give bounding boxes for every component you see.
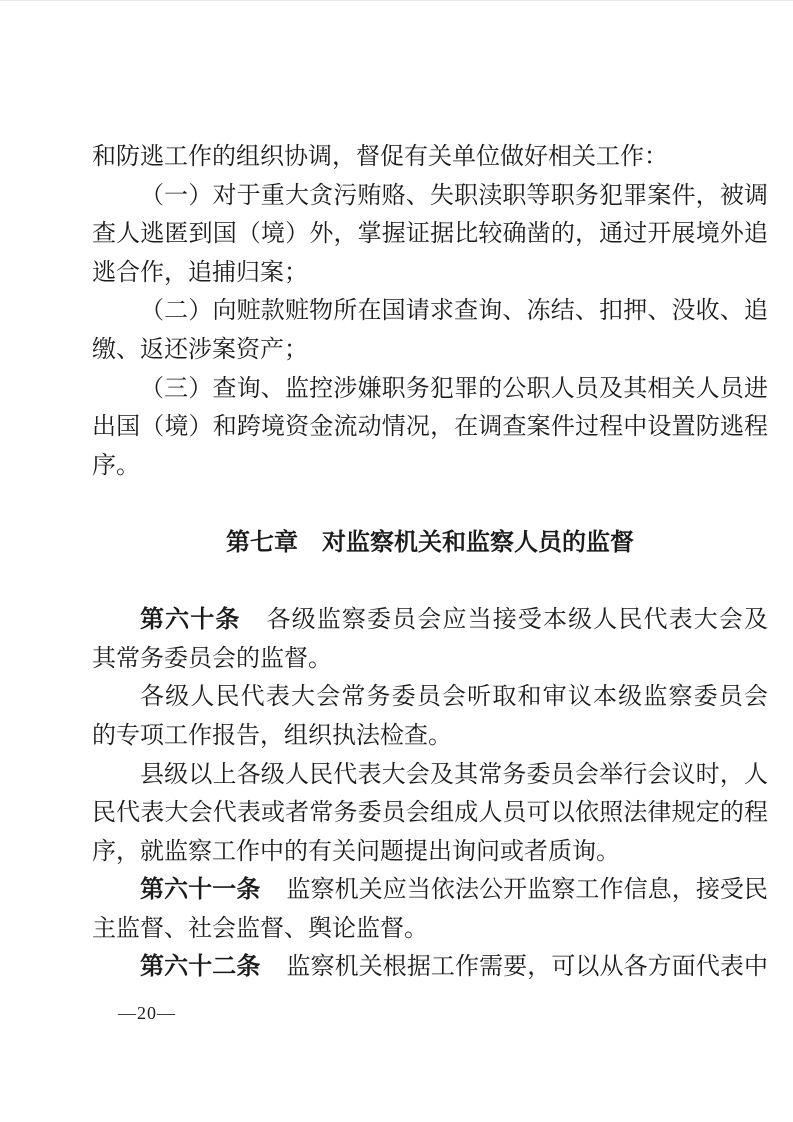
- text-line: 主监督、社会监督、舆论监督。: [92, 910, 768, 949]
- text-line: 和防逃工作的组织协调，督促有关单位做好相关工作：: [92, 138, 768, 177]
- text-line: （二）向赃款赃物所在国请求查询、冻结、扣押、没收、追: [92, 292, 768, 331]
- text-line: 查人逃匿到国（境）外，掌握证据比较确凿的，通过开展境外追: [92, 215, 768, 254]
- document-page: 和防逃工作的组织协调，督促有关单位做好相关工作： （一）对于重大贪污贿赂、失职渎…: [0, 0, 793, 1122]
- article-text: 监察机关根据工作需要，可以从各方面代表中: [286, 954, 768, 980]
- text-line: 其常务委员会的监督。: [92, 640, 768, 679]
- article-number: 第六十条: [140, 606, 241, 633]
- article-number: 第六十二条: [140, 953, 260, 980]
- text-line: 序。: [92, 447, 768, 486]
- document-body: 和防逃工作的组织协调，督促有关单位做好相关工作： （一）对于重大贪污贿赂、失职渎…: [92, 138, 768, 987]
- text-line: 第六十条各级监察委员会应当接受本级人民代表大会及: [92, 601, 768, 640]
- page-number: —20—: [118, 1001, 176, 1025]
- article-number: 第六十一条: [140, 876, 260, 903]
- article-text: 监察机关应当依法公开监察工作信息，接受民: [286, 877, 768, 903]
- text-line: 第六十二条监察机关根据工作需要，可以从各方面代表中: [92, 948, 768, 987]
- text-line: （三）查询、监控涉嫌职务犯罪的公职人员及其相关人员进: [92, 370, 768, 409]
- article-text: 各级监察委员会应当接受本级人民代表大会及: [267, 607, 768, 633]
- text-line: 逃合作，追捕归案；: [92, 254, 768, 293]
- text-line: 序，就监察工作中的有关问题提出询问或者质询。: [92, 833, 768, 872]
- chapter-heading: 第七章 对监察机关和监察人员的监督: [92, 524, 768, 563]
- text-line: 的专项工作报告，组织执法检查。: [92, 717, 768, 756]
- text-line: 县级以上各级人民代表大会及其常务委员会举行会议时，人: [92, 756, 768, 795]
- text-line: （一）对于重大贪污贿赂、失职渎职等职务犯罪案件，被调: [92, 177, 768, 216]
- text-line: 出国（境）和跨境资金流动情况，在调查案件过程中设置防逃程: [92, 408, 768, 447]
- text-line: 民代表大会代表或者常务委员会组成人员可以依照法律规定的程: [92, 794, 768, 833]
- text-line: 缴、返还涉案资产；: [92, 331, 768, 370]
- text-line: 第六十一条监察机关应当依法公开监察工作信息，接受民: [92, 871, 768, 910]
- text-line: 各级人民代表大会常务委员会听取和审议本级监察委员会: [92, 678, 768, 717]
